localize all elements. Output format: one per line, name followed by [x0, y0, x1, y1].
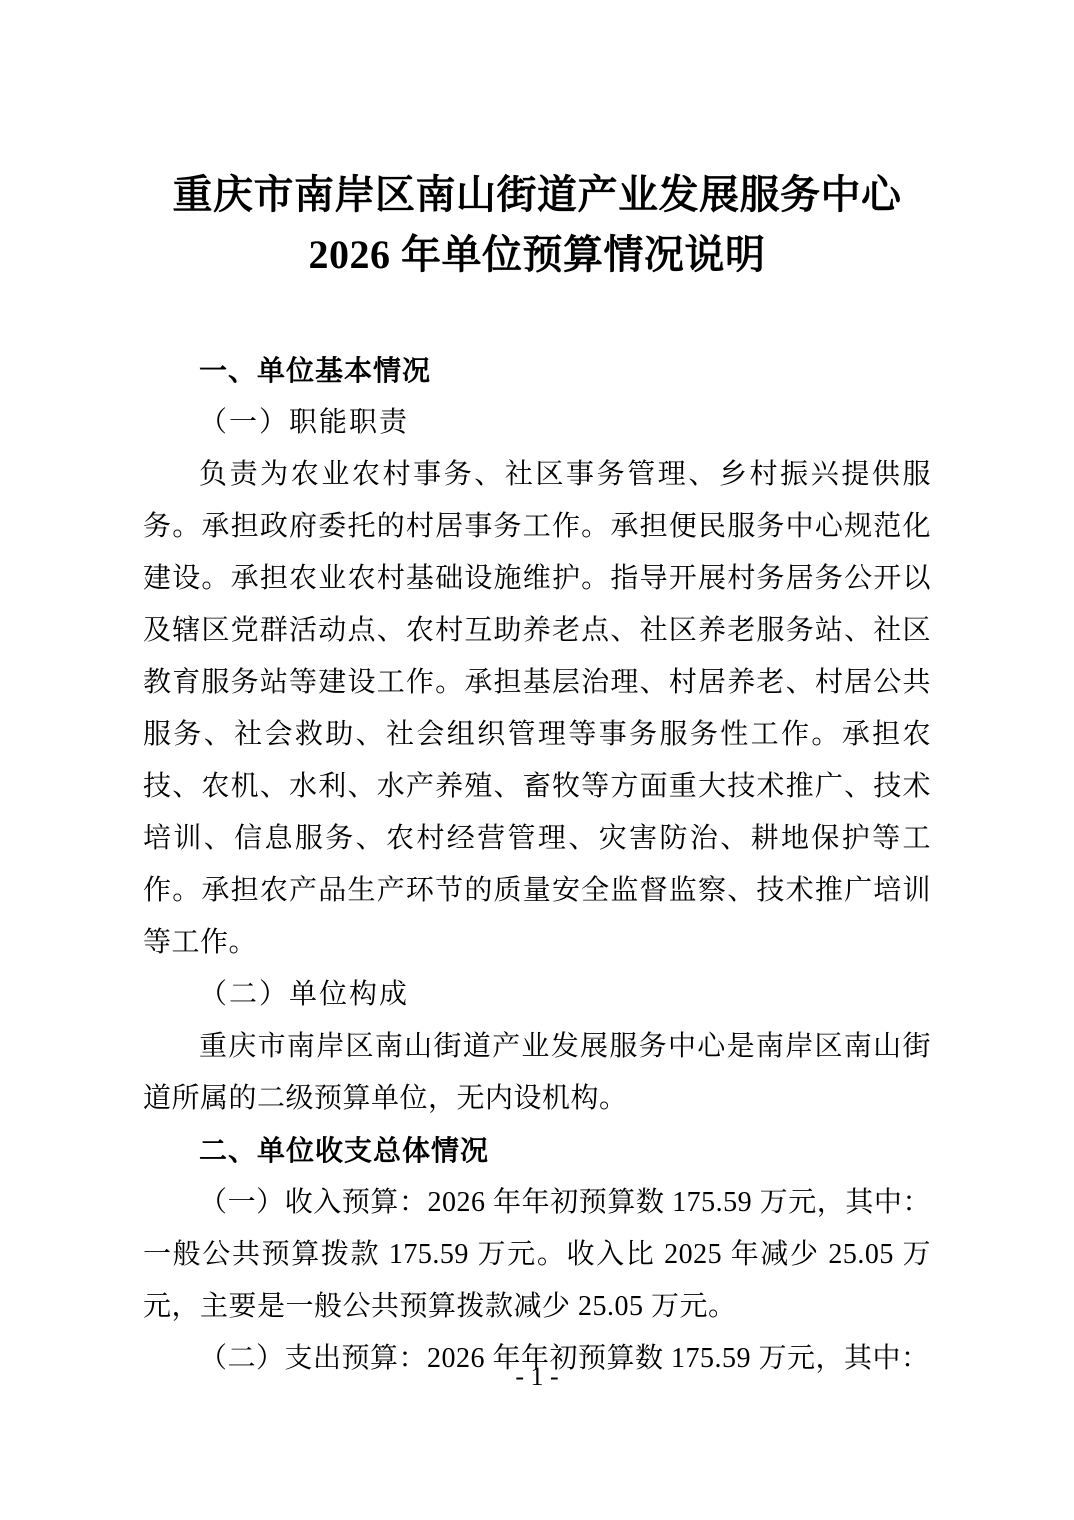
document-title-line2: 2026 年单位预算情况说明 [143, 225, 931, 285]
subsection-heading-duties: （一）职能职责 [143, 397, 931, 449]
subsection-heading-composition: （二）单位构成 [143, 969, 931, 1021]
section-heading-basic-info: 一、单位基本情况 [143, 345, 931, 397]
document-page: 重庆市南岸区南山街道产业发展服务中心 2026 年单位预算情况说明 一、单位基本… [0, 0, 1074, 1520]
section-heading-budget-overview: 二、单位收支总体情况 [143, 1125, 931, 1177]
paragraph-composition: 重庆市南岸区南山街道产业发展服务中心是南岸区南山街道所属的二级预算单位，无内设机… [143, 1021, 931, 1125]
paragraph-duties: 负责为农业农村事务、社区事务管理、乡村振兴提供服务。承担政府委托的村居事务工作。… [143, 449, 931, 969]
document-body: 一、单位基本情况 （一）职能职责 负责为农业农村事务、社区事务管理、乡村振兴提供… [143, 345, 931, 1385]
document-title-line1: 重庆市南岸区南山街道产业发展服务中心 [143, 165, 931, 225]
paragraph-income-budget: （一）收入预算：2026 年年初预算数 175.59 万元，其中：一般公共预算拨… [143, 1177, 931, 1333]
page-number: - 1 - [0, 1362, 1074, 1392]
document-title: 重庆市南岸区南山街道产业发展服务中心 2026 年单位预算情况说明 [143, 165, 931, 285]
